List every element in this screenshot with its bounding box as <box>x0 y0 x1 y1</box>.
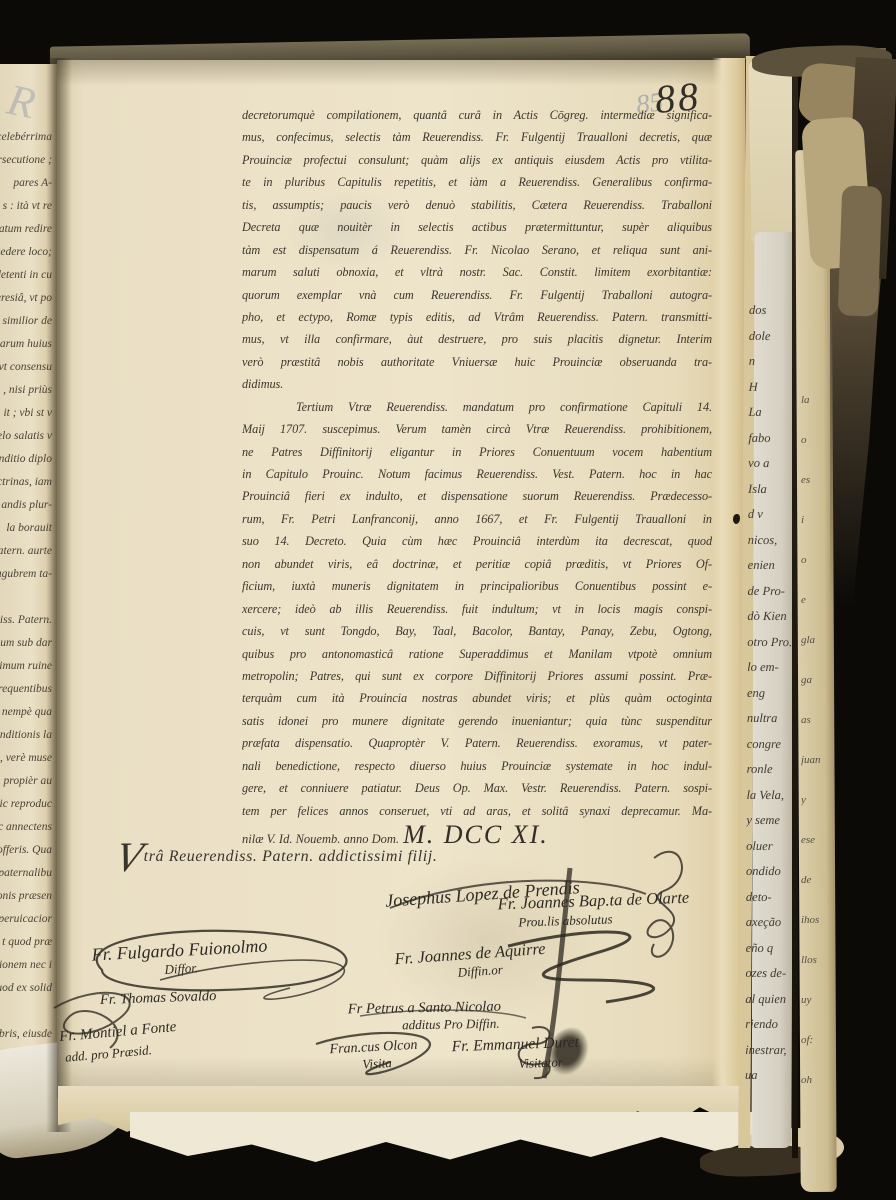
torn-page-text-fragment: de <box>801 860 833 900</box>
torn-page-text-fragment: eño q <box>746 935 790 961</box>
torn-page-text-fragment: ese <box>801 820 833 860</box>
torn-page-text-fragment: d v <box>748 502 792 528</box>
torn-page-text-fragment: uy <box>801 980 833 1020</box>
manuscript-line: Prouinciæ profectui consulunt; quàm alij… <box>242 149 712 171</box>
manuscript-line: non abundet viris, eâ doctrinæ, et perit… <box>242 553 712 575</box>
manuscript-line: Prouinciâ fieri ex indulto, et dispensat… <box>242 485 712 507</box>
manuscript-line: tem per felices annos conseruet, vti ad … <box>242 800 712 822</box>
torn-page-text-fragment: otro Pro. <box>747 629 791 655</box>
torn-page-text-column-1: dosdolenHLafabovo aIslad vnicos,eniende … <box>745 298 793 1089</box>
torn-page-text-fragment: of: <box>801 1020 833 1060</box>
manuscript-line: tis, assumptis; paucis verò denuò stabil… <box>242 194 712 216</box>
photograph-of-manuscript: { "colors":{"background":"#0b0a07","page… <box>0 0 896 1200</box>
manuscript-text-block: decretorumquè compilationem, quantâ curâ… <box>242 104 712 822</box>
manuscript-line: ne Patres Diffinitorij eligantur in Prio… <box>242 441 712 463</box>
manuscript-line: Tertium Vtræ Reuerendiss. mandatum pro c… <box>242 396 712 418</box>
torn-page-text-fragment: H <box>749 374 793 400</box>
dateline: nilæ V. Id. Nouemb. anno Dom. M. DCC XI. <box>242 820 722 850</box>
torn-page-text-fragment: La <box>748 400 792 426</box>
manuscript-line: xercere; ideò ab illis Reuerendiss. fuit… <box>242 598 712 620</box>
torn-page-text-fragment: vo a <box>748 451 792 477</box>
manuscript-line: verò præstitâ nobis authoritate Vniuersæ… <box>242 351 712 373</box>
closing-text: trâ Reuerendiss. Patern. addictissimi fi… <box>144 848 438 865</box>
torn-page-text-fragment: oluer <box>746 833 790 859</box>
torn-page-text-fragment: riendo <box>745 1012 789 1038</box>
manuscript-line: quorum exemplar vnà cum Reuerendiss. Fr.… <box>242 284 712 306</box>
torn-page-text-fragment: o <box>801 540 833 580</box>
manuscript-line: in Capitulo Prouinc. Notum facimus Reuer… <box>242 463 712 485</box>
manuscript-line: didimus. <box>242 373 712 395</box>
torn-page-text-fragment: de Pro- <box>747 578 791 604</box>
gutter-shadow <box>46 58 72 1132</box>
torn-page-text-fragment: deto- <box>746 884 790 910</box>
signature-role: Visitator <box>518 1054 580 1072</box>
torn-page-text-fragment: gla <box>801 620 833 660</box>
torn-page-text-fragment: nicos, <box>748 527 792 553</box>
torn-page-text-fragment: nultra <box>747 706 791 732</box>
signature-petrus: Fr Petrus a Santo Nicolao additus Pro Di… <box>348 999 502 1035</box>
manuscript-line: præfata dispensatio. Quaproptèr V. Pater… <box>242 732 712 754</box>
torn-page-text-fragment: inestrar, <box>745 1037 789 1063</box>
torn-page-text-fragment: i <box>801 500 833 540</box>
closing-initial: V <box>114 848 144 868</box>
torn-page-text-fragment: ua <box>745 1063 789 1089</box>
torn-page-text-fragment: dos <box>749 298 793 324</box>
dateline-prefix: nilæ V. Id. Nouemb. anno Dom. <box>242 832 399 846</box>
torn-page-text-fragment: ihos <box>801 900 833 940</box>
closing-line: Vtrâ Reuerendiss. Patern. addictissimi f… <box>116 848 437 868</box>
torn-page-text-column-2: laoesioeglagaasjuanyesedeihosllosuyof:oh <box>801 380 833 1100</box>
torn-page-text-fragment: Isla <box>748 476 792 502</box>
torn-page-text-fragment: n <box>749 349 793 375</box>
torn-page-text-fragment: juan <box>801 740 833 780</box>
manuscript-line: Decreta quæ nouitèr in selectis actibus … <box>242 216 712 238</box>
torn-page-text-fragment: oh <box>801 1060 833 1100</box>
torn-page-text-fragment: es <box>801 460 833 500</box>
signature-name: Fr. Emmanuel Duret <box>451 1034 579 1056</box>
torn-edge-strip-2-top <box>748 60 797 246</box>
torn-page-text-fragment: al quien <box>745 986 789 1012</box>
manuscript-line: terquàm cum ità Prouincia nostras abunde… <box>242 687 712 709</box>
torn-corner-piece-5 <box>838 185 883 316</box>
signature-role: additus Pro Diffin. <box>402 1016 501 1034</box>
manuscript-line: quibus pro antonomasticâ ratione Superad… <box>242 643 712 665</box>
manuscript-line: mus, vt illa confirmare, àut destruere, … <box>242 328 712 350</box>
manuscript-line: decretorumquè compilationem, quantâ curâ… <box>242 104 712 126</box>
torn-page-text-fragment: eng <box>747 680 791 706</box>
signature-emmanuel-duret: Fr. Emmanuel Duret Visitator <box>451 1034 579 1074</box>
manuscript-line: pho, et ectypo, Romæ typis editis, ad Vt… <box>242 306 712 328</box>
manuscript-line: mus, confecimus, selectis tàm Reuerendis… <box>242 126 712 148</box>
manuscript-line: te in pluribus Capitulis repetitis, et i… <box>242 171 712 193</box>
torn-page-text-fragment: axeção <box>746 910 790 936</box>
manuscript-line: rum, Fr. Petri Lanfranconij, anno 1667, … <box>242 508 712 530</box>
torn-page-text-fragment: ronle <box>747 757 791 783</box>
manuscript-line: metropolin; Patres, qui sunt ex corpore … <box>242 665 712 687</box>
torn-page-text-fragment: o <box>801 420 833 460</box>
torn-page-text-fragment: ga <box>801 660 833 700</box>
torn-page-text-fragment: dò Kien <box>747 604 791 630</box>
torn-page-text-fragment: ozes de- <box>745 961 789 987</box>
dateline-roman-date: M. DCC XI. <box>403 820 549 849</box>
torn-page-text-fragment: lo em- <box>747 655 791 681</box>
torn-page-text-fragment: llos <box>801 940 833 980</box>
under-page-torn-edge <box>130 1112 770 1162</box>
torn-page-text-fragment: e <box>801 580 833 620</box>
torn-page-text-fragment: y seme <box>746 808 790 834</box>
manuscript-line: ficium, iuxtà muneris dignitatem in prin… <box>242 575 712 597</box>
manuscript-line: cuis, vt sunt Tongdo, Bay, Taal, Bacolor… <box>242 620 712 642</box>
left-page-initial: R <box>3 74 40 129</box>
manuscript-line: gere, et conniuere patiatur. Deus Op. Ma… <box>242 777 712 799</box>
manuscript-line: tàm est dispensatum á Reuerendiss. Fr. N… <box>242 239 712 261</box>
torn-page-text-fragment: congre <box>747 731 791 757</box>
torn-page-text-fragment: enien <box>748 553 792 579</box>
manuscript-line: suo 14. Decreto. Quia cùm hæc Prouinciâ … <box>242 530 712 552</box>
signature-role: Visita <box>362 1054 419 1073</box>
torn-page-text-fragment: ondido <box>746 859 790 885</box>
manuscript-line: satis idonei pro munere dignitate gerend… <box>242 710 712 732</box>
manuscript-line: nali benedictione, respecto diuerso huiu… <box>242 755 712 777</box>
signature-fran: Fran.cus Olcon Visita <box>329 1038 418 1075</box>
torn-page-text-fragment: la Vela, <box>746 782 790 808</box>
torn-page-text-fragment: fabo <box>748 425 792 451</box>
torn-page-text-fragment: la <box>801 380 833 420</box>
manuscript-line: Maij 1707. suscepimus. Verum tamèn circà… <box>242 418 712 440</box>
torn-page-text-fragment: dole <box>749 323 793 349</box>
torn-page-text-fragment: as <box>801 700 833 740</box>
signature-joannes-de-olarte: Fr. Joannes Bap.ta de Olarte Prou.lis ab… <box>497 888 690 932</box>
torn-page-text-fragment: y <box>801 780 833 820</box>
manuscript-line: marum saluti obnoxia, et vltrà nostr. Sa… <box>242 261 712 283</box>
